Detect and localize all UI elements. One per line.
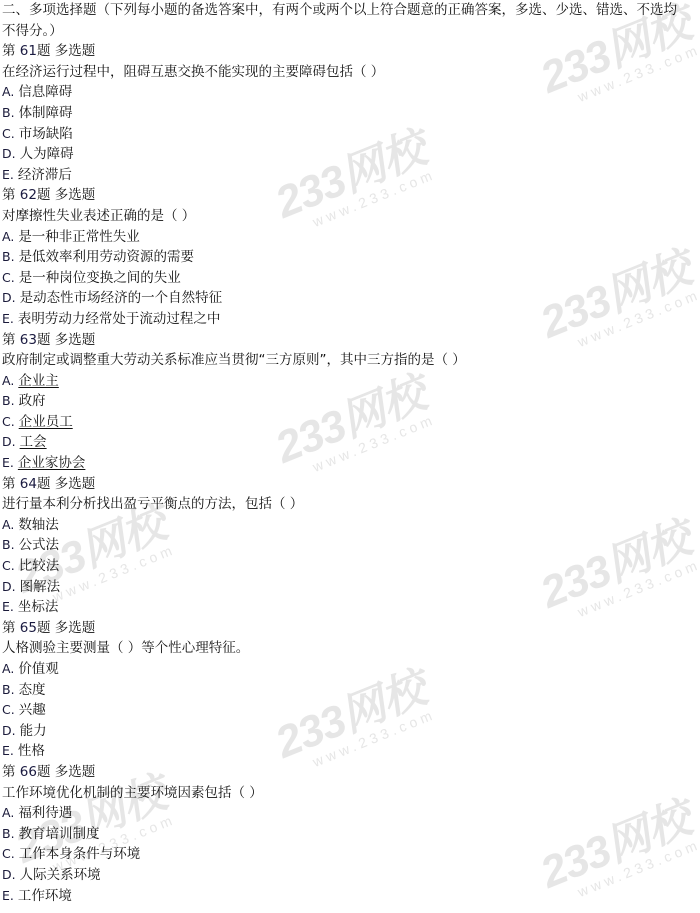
question-type: 多选题 <box>55 476 96 492</box>
question-stem: 工作环境优化机制的主要环境因素包括（ ） <box>0 783 700 804</box>
option-letter: A. <box>2 805 14 820</box>
question-number: 66 <box>20 764 37 780</box>
option-text-underlined: 企业家协会 <box>18 455 86 471</box>
question-66: 第 66题 多选题 工作环境优化机制的主要环境因素包括（ ） A.福利待遇 B.… <box>0 762 700 906</box>
question-type: 多选题 <box>55 43 96 59</box>
question-header: 第 66题 多选题 <box>0 762 700 783</box>
option-e: E.经济滞后 <box>0 165 700 186</box>
option-a: A.价值观 <box>0 659 700 680</box>
option-letter: E. <box>2 888 14 903</box>
option-text: 性格 <box>18 743 45 759</box>
option-letter: E. <box>2 599 14 614</box>
question-type: 多选题 <box>55 764 96 780</box>
option-d: D.人为障碍 <box>0 144 700 165</box>
option-e: E.性格 <box>0 741 700 762</box>
question-64: 第 64题 多选题 进行量本利分析找出盈亏平衡点的方法，包括（ ） A.数轴法 … <box>0 474 700 618</box>
question-suffix: 题 <box>37 764 51 780</box>
option-b: B.教育培训制度 <box>0 824 700 845</box>
option-d: D.人际关系环境 <box>0 865 700 886</box>
question-type: 多选题 <box>55 187 96 203</box>
option-c: C.比较法 <box>0 556 700 577</box>
option-letter: E. <box>2 743 14 758</box>
question-type: 多选题 <box>55 332 96 348</box>
question-number: 64 <box>20 476 37 492</box>
option-text: 信息障碍 <box>18 84 72 100</box>
question-prefix: 第 <box>2 476 16 492</box>
option-letter: C. <box>2 414 15 429</box>
question-header: 第 61题 多选题 <box>0 41 700 62</box>
option-letter: C. <box>2 846 15 861</box>
option-text: 是动态性市场经济的一个自然特征 <box>20 290 223 306</box>
question-prefix: 第 <box>2 620 16 636</box>
question-header: 第 63题 多选题 <box>0 330 700 351</box>
option-text: 工作本身条件与环境 <box>19 846 141 862</box>
option-e: E.表明劳动力经常处于流动过程之中 <box>0 309 700 330</box>
question-prefix: 第 <box>2 187 16 203</box>
option-text: 是一种非正常性失业 <box>18 229 140 245</box>
option-letter: E. <box>2 167 14 182</box>
option-text: 工作环境 <box>18 888 72 904</box>
option-a: A.信息障碍 <box>0 82 700 103</box>
option-letter: B. <box>2 537 15 552</box>
option-c: C.企业员工 <box>0 412 700 433</box>
question-prefix: 第 <box>2 43 16 59</box>
question-suffix: 题 <box>37 187 51 203</box>
option-letter: C. <box>2 126 15 141</box>
option-letter: B. <box>2 393 15 408</box>
question-62: 第 62题 多选题 对摩擦性失业表述正确的是（ ） A.是一种非正常性失业 B.… <box>0 185 700 329</box>
option-text: 比较法 <box>19 558 60 574</box>
question-number: 65 <box>20 620 37 636</box>
option-text: 表明劳动力经常处于流动过程之中 <box>18 311 221 327</box>
question-number: 61 <box>20 43 37 59</box>
option-text: 兴趣 <box>19 702 46 718</box>
option-text: 态度 <box>19 682 46 698</box>
question-header: 第 65题 多选题 <box>0 618 700 639</box>
option-c: C.是一种岗位变换之间的失业 <box>0 268 700 289</box>
question-suffix: 题 <box>37 476 51 492</box>
question-suffix: 题 <box>37 620 51 636</box>
option-letter: D. <box>2 434 16 449</box>
option-d: D.是动态性市场经济的一个自然特征 <box>0 288 700 309</box>
option-text: 教育培训制度 <box>19 826 100 842</box>
option-text-underlined: 工会 <box>20 434 47 450</box>
question-63: 第 63题 多选题 政府制定或调整重大劳动关系标准应当贯彻“三方原则”，其中三方… <box>0 330 700 474</box>
option-b: B.公式法 <box>0 535 700 556</box>
option-d: D.工会 <box>0 432 700 453</box>
option-text: 福利待遇 <box>18 805 72 821</box>
option-letter: A. <box>2 84 14 99</box>
option-e: E.企业家协会 <box>0 453 700 474</box>
option-letter: B. <box>2 826 15 841</box>
option-e: E.坐标法 <box>0 597 700 618</box>
option-letter: D. <box>2 579 16 594</box>
option-letter: C. <box>2 558 15 573</box>
option-b: B.体制障碍 <box>0 103 700 124</box>
question-stem: 对摩擦性失业表述正确的是（ ） <box>0 206 700 227</box>
question-stem: 政府制定或调整重大劳动关系标准应当贯彻“三方原则”，其中三方指的是（ ） <box>0 350 700 371</box>
option-a: A.数轴法 <box>0 515 700 536</box>
question-header: 第 62题 多选题 <box>0 185 700 206</box>
option-a: A.福利待遇 <box>0 803 700 824</box>
option-text: 体制障碍 <box>19 105 73 121</box>
option-text: 公式法 <box>19 537 60 553</box>
section-title: 二、多项选择题（下列每小题的备选答案中，有两个或两个以上符合题意的正确答案，多选… <box>0 0 700 21</box>
option-letter: E. <box>2 311 14 326</box>
option-letter: B. <box>2 105 15 120</box>
section-title-continued: 不得分。） <box>0 21 700 42</box>
option-text: 是低效率利用劳动资源的需要 <box>19 249 195 265</box>
option-d: D.能力 <box>0 721 700 742</box>
option-text: 政府 <box>19 393 46 409</box>
option-text: 人际关系环境 <box>20 867 101 883</box>
option-letter: A. <box>2 229 14 244</box>
question-stem: 进行量本利分析找出盈亏平衡点的方法，包括（ ） <box>0 494 700 515</box>
option-e: E.工作环境 <box>0 886 700 907</box>
question-number: 62 <box>20 187 37 203</box>
option-text-underlined: 企业员工 <box>19 414 73 430</box>
option-letter: B. <box>2 682 15 697</box>
option-letter: C. <box>2 702 15 717</box>
option-letter: E. <box>2 455 14 470</box>
question-61: 第 61题 多选题 在经济运行过程中，阻碍互惠交换不能实现的主要障碍包括（ ） … <box>0 41 700 185</box>
option-a: A.企业主 <box>0 371 700 392</box>
option-text-underlined: 企业主 <box>18 373 59 389</box>
question-type: 多选题 <box>55 620 96 636</box>
question-number: 63 <box>20 332 37 348</box>
question-prefix: 第 <box>2 764 16 780</box>
question-stem: 在经济运行过程中，阻碍互惠交换不能实现的主要障碍包括（ ） <box>0 62 700 83</box>
option-text: 市场缺陷 <box>19 126 73 142</box>
question-suffix: 题 <box>37 332 51 348</box>
option-letter: C. <box>2 270 15 285</box>
option-letter: D. <box>2 867 16 882</box>
option-letter: D. <box>2 723 16 738</box>
option-d: D.图解法 <box>0 577 700 598</box>
question-prefix: 第 <box>2 332 16 348</box>
question-suffix: 题 <box>37 43 51 59</box>
option-text: 数轴法 <box>18 517 59 533</box>
option-b: B.政府 <box>0 391 700 412</box>
option-text: 图解法 <box>20 579 61 595</box>
option-letter: D. <box>2 146 16 161</box>
option-letter: A. <box>2 517 14 532</box>
option-c: C.兴趣 <box>0 700 700 721</box>
question-header: 第 64题 多选题 <box>0 474 700 495</box>
option-text: 坐标法 <box>18 599 59 615</box>
option-text: 人为障碍 <box>20 146 74 162</box>
option-text: 能力 <box>20 723 47 739</box>
option-text: 经济滞后 <box>18 167 72 183</box>
option-letter: D. <box>2 290 16 305</box>
option-letter: A. <box>2 373 14 388</box>
exam-document: 二、多项选择题（下列每小题的备选答案中，有两个或两个以上符合题意的正确答案，多选… <box>0 0 700 906</box>
option-letter: B. <box>2 249 15 264</box>
option-letter: A. <box>2 661 14 676</box>
question-stem: 人格测验主要测量（ ）等个性心理特征。 <box>0 638 700 659</box>
option-c: C.工作本身条件与环境 <box>0 844 700 865</box>
option-b: B.是低效率利用劳动资源的需要 <box>0 247 700 268</box>
option-a: A.是一种非正常性失业 <box>0 227 700 248</box>
option-text: 是一种岗位变换之间的失业 <box>19 270 181 286</box>
question-65: 第 65题 多选题 人格测验主要测量（ ）等个性心理特征。 A.价值观 B.态度… <box>0 618 700 762</box>
option-text: 价值观 <box>18 661 59 677</box>
option-b: B.态度 <box>0 680 700 701</box>
option-c: C.市场缺陷 <box>0 124 700 145</box>
